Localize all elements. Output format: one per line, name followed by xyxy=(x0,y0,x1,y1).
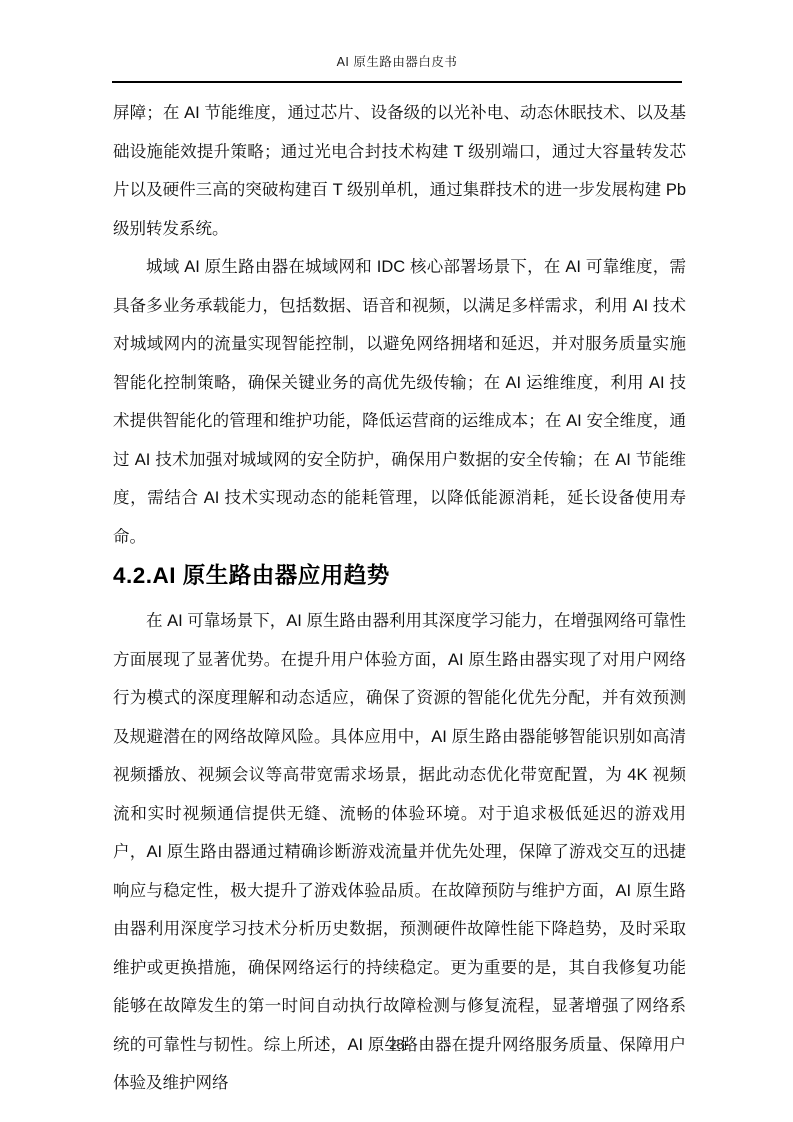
running-header: AI 原生路由器白皮书 xyxy=(112,52,682,83)
document-title: AI 原生路由器白皮书 xyxy=(337,55,458,69)
body-paragraph-1: 屏障；在 AI 节能维度，通过芯片、设备级的以光补电、动态休眠技术、以及基础设施… xyxy=(113,94,686,248)
body-paragraph-3: 在 AI 可靠场景下，AI 原生路由器利用其深度学习能力，在增强网络可靠性方面展… xyxy=(113,602,686,1103)
document-page: AI 原生路由器白皮书 屏障；在 AI 节能维度，通过芯片、设备级的以光补电、动… xyxy=(0,0,793,1122)
section-heading-4-2: 4.2.AI 原生路由器应用趋势 xyxy=(113,559,686,593)
page-footer: -28- xyxy=(0,1037,793,1052)
body-paragraph-2: 城域 AI 原生路由器在城域网和 IDC 核心部署场景下，在 AI 可靠维度，需… xyxy=(113,248,686,556)
page-number: -28- xyxy=(384,1037,408,1052)
page-body: 屏障；在 AI 节能维度，通过芯片、设备级的以光补电、动态休眠技术、以及基础设施… xyxy=(113,94,686,1103)
